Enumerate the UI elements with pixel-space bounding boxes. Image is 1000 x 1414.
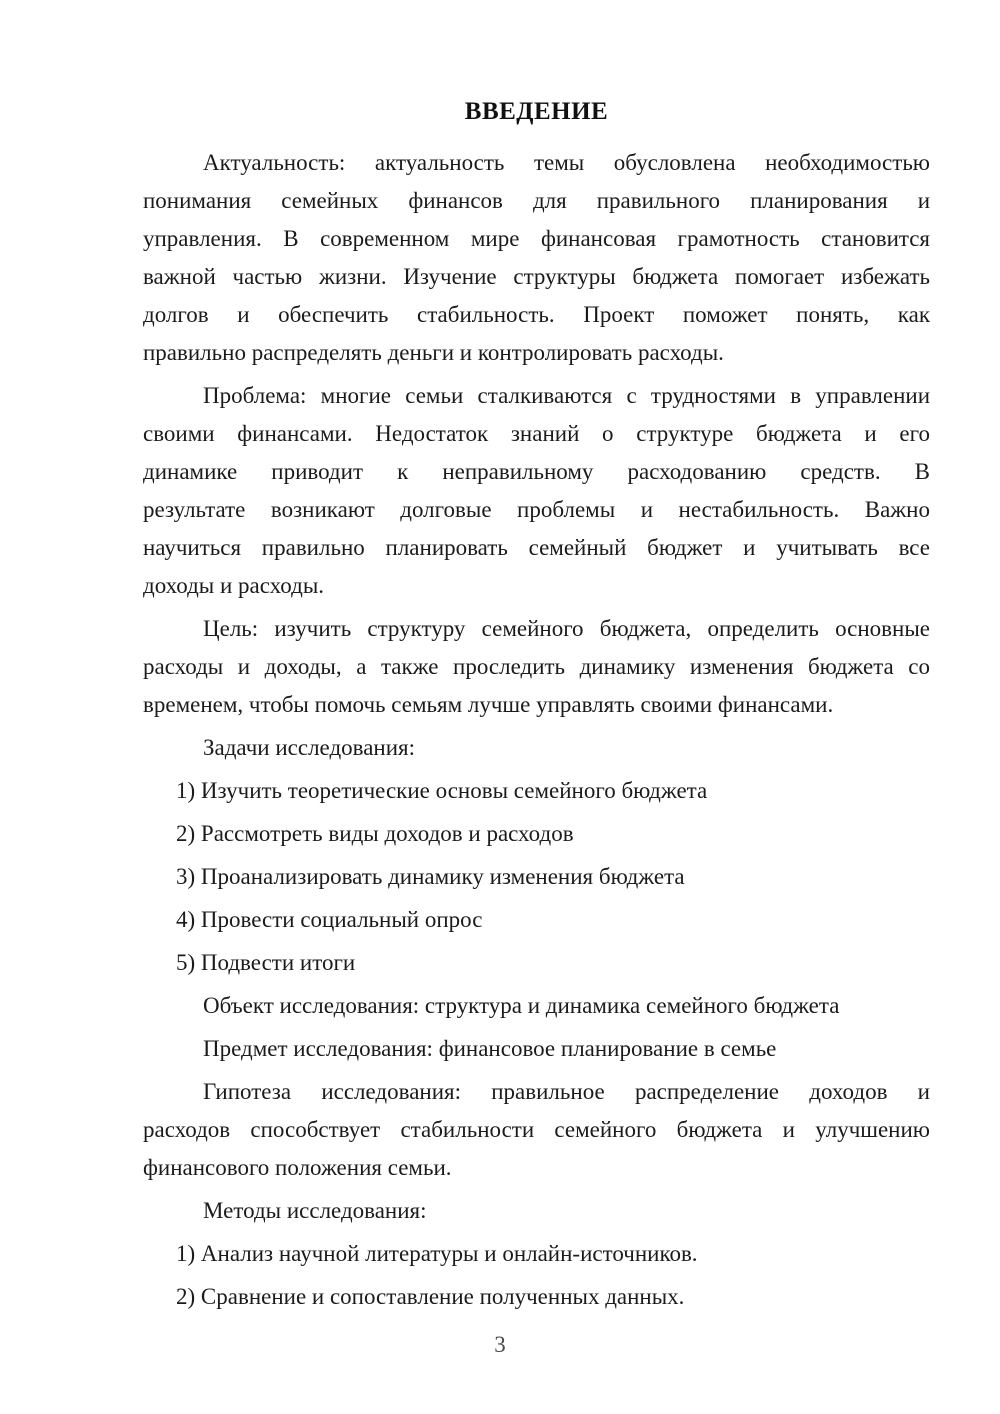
paragraph-problem-line: результате возникают долговые проблемы и… — [143, 491, 930, 529]
paragraph-relevance-line: важной частью жизни. Изучение структуры … — [143, 258, 930, 296]
task-item-5: 5) Подвести итоги — [143, 944, 930, 982]
paragraph-object: Объект исследования: структура и динамик… — [143, 987, 930, 1025]
heading-methods: Методы исследования: — [143, 1192, 930, 1230]
paragraph-hypothesis-line: финансового положения семьи. — [143, 1149, 930, 1187]
paragraph-goal-line: временем, чтобы помочь семьям лучше упра… — [143, 686, 930, 724]
paragraph-goal-line: Цель: изучить структуру семейного бюджет… — [143, 610, 930, 648]
paragraph-problem-line: Проблема: многие семьи сталкиваются с тр… — [143, 377, 930, 415]
paragraph-object-text: Объект исследования: структура и динамик… — [143, 987, 930, 1025]
paragraph-subject-text: Предмет исследования: финансовое планиро… — [143, 1030, 930, 1068]
paragraph-goal-line: расходы и доходы, а также проследить дин… — [143, 648, 930, 686]
paragraph-relevance-line: управления. В современном мире финансова… — [143, 220, 930, 258]
task-item-2: 2) Рассмотреть виды доходов и расходов — [143, 815, 930, 853]
paragraph-relevance-line: понимания семейных финансов для правильн… — [143, 182, 930, 220]
document-body: ВВЕДЕНИЕ Актуальность: актуальность темы… — [143, 96, 930, 1321]
paragraph-hypothesis: Гипотеза исследования: правильное распре… — [143, 1073, 930, 1187]
page-title: ВВЕДЕНИЕ — [143, 96, 930, 128]
method-item-2: 2) Сравнение и сопоставление полученных … — [143, 1278, 930, 1316]
paragraph-goal: Цель: изучить структуру семейного бюджет… — [143, 610, 930, 724]
page-number: 3 — [0, 1330, 1000, 1360]
document-page: ВВЕДЕНИЕ Актуальность: актуальность темы… — [0, 0, 1000, 1414]
paragraph-problem-line: доходы и расходы. — [143, 567, 930, 605]
task-item-4: 4) Провести социальный опрос — [143, 901, 930, 939]
paragraph-problem-line: динамике приводит к неправильному расход… — [143, 453, 930, 491]
method-item-1: 1) Анализ научной литературы и онлайн-ис… — [143, 1235, 930, 1273]
task-item-1: 1) Изучить теоретические основы семейног… — [143, 772, 930, 810]
heading-tasks-text: Задачи исследования: — [143, 729, 930, 767]
heading-tasks: Задачи исследования: — [143, 729, 930, 767]
paragraph-relevance-line: Актуальность: актуальность темы обусловл… — [143, 144, 930, 182]
paragraph-hypothesis-line: Гипотеза исследования: правильное распре… — [143, 1073, 930, 1111]
paragraph-problem: Проблема: многие семьи сталкиваются с тр… — [143, 377, 930, 605]
paragraph-subject: Предмет исследования: финансовое планиро… — [143, 1030, 930, 1068]
heading-methods-text: Методы исследования: — [143, 1192, 930, 1230]
paragraph-problem-line: научиться правильно планировать семейный… — [143, 529, 930, 567]
task-item-3: 3) Проанализировать динамику изменения б… — [143, 858, 930, 896]
paragraph-relevance: Актуальность: актуальность темы обусловл… — [143, 144, 930, 372]
paragraph-relevance-line: долгов и обеспечить стабильность. Проект… — [143, 296, 930, 334]
paragraph-relevance-line: правильно распределять деньги и контроли… — [143, 334, 930, 372]
paragraph-problem-line: своими финансами. Недостаток знаний о ст… — [143, 415, 930, 453]
paragraph-hypothesis-line: расходов способствует стабильности семей… — [143, 1111, 930, 1149]
